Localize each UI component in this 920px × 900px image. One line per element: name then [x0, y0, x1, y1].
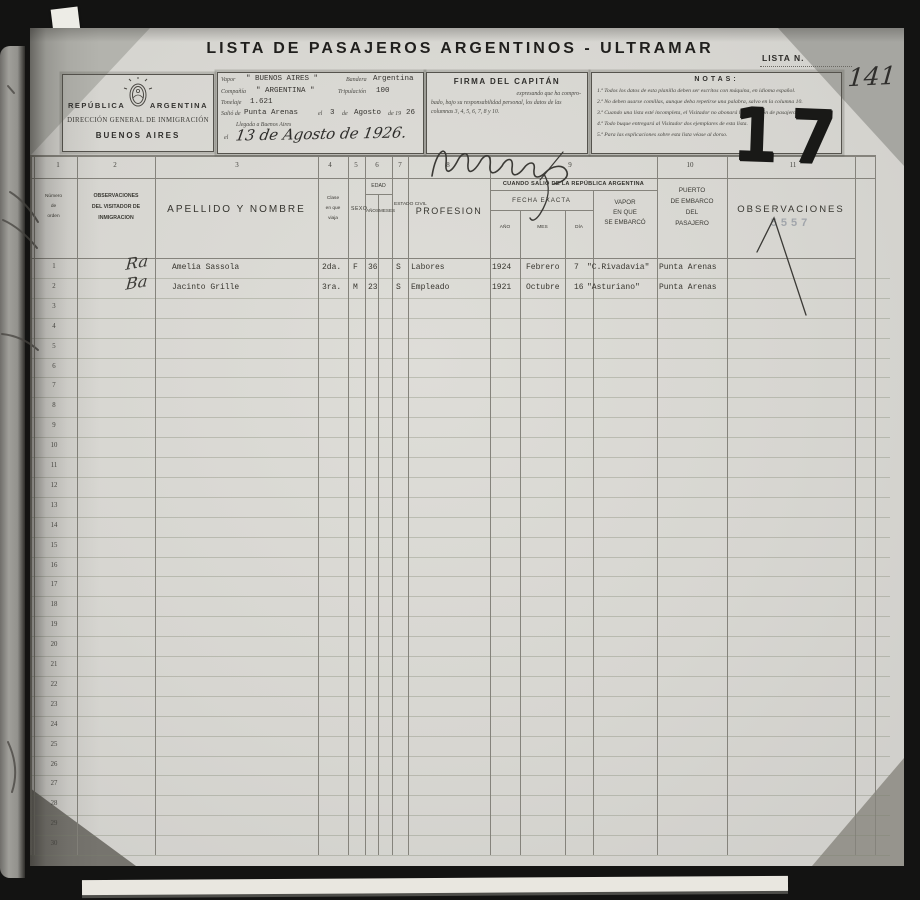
row-rule-line — [30, 497, 890, 498]
cell-edad-anos: 23 — [368, 283, 378, 292]
row-rule-line — [30, 417, 890, 418]
row-rule-line — [30, 437, 890, 438]
inspection-stamp: 5557 — [746, 217, 836, 229]
col9-header: CUANDO SALIÓ DE LA REPÚBLICA ARGENTINA — [490, 181, 657, 187]
org-argentina: ARGENTINA — [150, 101, 208, 110]
vapor-value: " BUENOS AIRES " — [246, 75, 318, 83]
row-rule-line — [30, 835, 890, 836]
cell-clase: 2da. — [322, 263, 341, 272]
col10-header: DE EMBARCO — [657, 198, 727, 205]
row-rule-line — [30, 457, 890, 458]
row-rule-line — [30, 676, 890, 677]
row-number: 19 — [36, 621, 72, 628]
bandera-label: Bandera — [346, 77, 367, 83]
salio-de-label: de — [342, 111, 348, 117]
row-rule-line — [30, 377, 890, 378]
ship-info-box: Vapor " BUENOS AIRES " Bandera Argentina… — [217, 72, 424, 154]
column-number: 1 — [44, 161, 72, 169]
row-rule-line — [30, 596, 890, 597]
note-item: 4.ª Todo buque entregará al Visitador do… — [597, 121, 748, 127]
row-number: 8 — [36, 402, 72, 409]
row-number: 27 — [36, 780, 72, 787]
tripulacion-label: Tripulación — [338, 89, 366, 95]
row-number: 1 — [36, 263, 72, 270]
cell-clase: 3ra. — [322, 283, 341, 292]
col1-header: orden — [30, 214, 77, 219]
tripulacion-value: 100 — [376, 87, 390, 95]
tonelaje-value: 1.621 — [250, 98, 273, 106]
captain-line1: expresando que ha compro- — [517, 91, 581, 97]
grid-line-vertical — [34, 155, 35, 855]
col10-header: DEL — [657, 209, 727, 216]
row-number: 20 — [36, 641, 72, 648]
col4-header: en que — [318, 206, 348, 211]
row-number: 26 — [36, 761, 72, 768]
row-number: 14 — [36, 522, 72, 529]
row-number: 29 — [36, 820, 72, 827]
cell-apellido-nombre: Amelia Sassola — [172, 263, 239, 272]
salio-port: Punta Arenas — [244, 109, 298, 117]
visitador-mark-handwritten: Ba — [125, 271, 148, 293]
col8-header: PROFESION — [408, 206, 490, 216]
grid-line-horizontal — [490, 190, 657, 191]
grid-line-vertical — [155, 155, 156, 855]
row-number: 12 — [36, 482, 72, 489]
cell-salida-dia: 7 — [574, 263, 579, 272]
row-number: 4 — [36, 323, 72, 330]
row-rule-line — [30, 636, 890, 637]
col9-ano-header: AÑO — [490, 225, 520, 230]
compania-value: " ARGENTINA " — [256, 87, 315, 95]
marker-17-handwritten: 17 — [729, 91, 852, 181]
grid-line-vertical — [657, 155, 658, 855]
cell-estado-civil: S — [396, 263, 401, 272]
cell-salida-mes: Octubre — [526, 283, 560, 292]
row-rule-line — [30, 795, 890, 796]
salio-month: Agosto — [354, 109, 381, 117]
col9-vapor-header: VAPOR — [593, 199, 657, 206]
row-number: 24 — [36, 721, 72, 728]
row-number: 17 — [36, 581, 72, 588]
grid-line-horizontal — [490, 210, 593, 211]
col6-anos-header: AÑOS — [366, 208, 377, 250]
grid-line-vertical — [30, 155, 32, 855]
notes-title: NOTAS: — [592, 76, 841, 83]
cell-sexo: F — [353, 263, 358, 272]
row-number: 2 — [36, 283, 72, 290]
row-number: 23 — [36, 701, 72, 708]
llegada-date-handwritten: 13 de Agosto de 1926. — [234, 124, 408, 145]
grid-line-vertical — [365, 155, 366, 855]
col6-meses-header: MESES — [379, 208, 391, 250]
col6-header: EDAD — [365, 183, 392, 189]
cell-estado-civil: S — [396, 283, 401, 292]
note-item: 5.ª Para las explicaciones sobre esta li… — [597, 132, 727, 138]
row-number: 11 — [36, 462, 72, 469]
cell-puerto-embarco: Punta Arenas — [659, 263, 717, 272]
column-number: 9 — [556, 161, 584, 169]
row-number: 9 — [36, 422, 72, 429]
underlying-page-edge — [82, 876, 788, 895]
row-number: 5 — [36, 343, 72, 350]
col10-header: PASAJERO — [657, 220, 727, 227]
grid-line-vertical — [565, 210, 566, 855]
row-rule-line — [30, 278, 890, 279]
org-direccion: DIRECCIÓN GENERAL DE INMIGRACIÓN — [63, 117, 213, 124]
col5-header: SEXO — [351, 206, 363, 250]
row-number: 10 — [36, 442, 72, 449]
row-rule-line — [30, 716, 890, 717]
grid-line-vertical — [855, 155, 856, 855]
lista-n-label: LISTA N. — [762, 53, 804, 63]
cell-salida-mes: Febrero — [526, 263, 560, 272]
org-republica: REPÚBLICA — [68, 101, 125, 110]
row-rule-line — [30, 318, 890, 319]
cell-salida-ano: 1924 — [492, 263, 511, 272]
grid-line-vertical — [520, 210, 521, 855]
bandera-value: Argentina — [373, 75, 414, 83]
row-rule-line — [30, 696, 890, 697]
salio-year: 26 — [406, 109, 415, 117]
col9-vapor-header: SE EMBARCÓ — [593, 219, 657, 226]
column-number: 8 — [434, 161, 462, 169]
grid-line-vertical — [318, 155, 319, 855]
salio-label: Salió de — [221, 111, 241, 117]
row-number: 22 — [36, 681, 72, 688]
captain-line3: columnas 3, 4, 5, 6, 7, 8 y 10. — [431, 109, 499, 115]
cell-apellido-nombre: Jacinto Grille — [172, 283, 239, 292]
column-number: 3 — [223, 161, 251, 169]
grid-line-vertical — [392, 155, 393, 855]
page-title: LISTA DE PASAJEROS ARGENTINOS - ULTRAMAR — [150, 40, 770, 58]
col4-header: viaja — [318, 216, 348, 221]
captain-box: FIRMA DEL CAPITÁN expresando que ha comp… — [426, 72, 588, 154]
col2-header: OBSERVACIONES — [77, 193, 155, 199]
salio-el-label: el — [318, 111, 322, 117]
tonelaje-label: Tonelaje — [221, 100, 241, 106]
row-rule-line — [30, 775, 890, 776]
llegada-el-label: el — [224, 135, 228, 141]
grid-line-vertical — [875, 155, 876, 855]
org-ciudad: BUENOS AIRES — [63, 131, 213, 140]
row-rule-line — [30, 656, 890, 657]
grid-line-vertical — [408, 155, 409, 855]
col9-vapor-header: EN QUE — [593, 209, 657, 216]
grid-line-vertical — [348, 155, 349, 855]
col1-header: de — [30, 204, 77, 209]
cell-vapor: "Asturiano" — [587, 283, 640, 292]
row-rule-line — [30, 616, 890, 617]
col10-header: PUERTO — [657, 187, 727, 194]
row-rule-line — [30, 756, 890, 757]
col1-header: Número — [30, 194, 77, 199]
row-rule-line — [30, 736, 890, 737]
grid-line-horizontal — [365, 194, 392, 195]
grid-line-vertical — [77, 155, 78, 855]
cell-salida-dia: 16 — [574, 283, 584, 292]
row-rule-line — [30, 298, 890, 299]
row-rule-line — [30, 537, 890, 538]
compania-label: Compañía — [221, 89, 246, 95]
row-number: 30 — [36, 840, 72, 847]
row-number: 16 — [36, 562, 72, 569]
grid-line-vertical — [727, 155, 728, 855]
passenger-list-page: LISTA DE PASAJEROS ARGENTINOS - ULTRAMAR… — [30, 28, 904, 866]
row-number: 3 — [36, 303, 72, 310]
column-number: 7 — [386, 161, 414, 169]
visitador-mark-handwritten: Ra — [125, 251, 149, 274]
vapor-label: Vapor — [221, 77, 235, 83]
row-number: 21 — [36, 661, 72, 668]
cell-profesion: Empleado — [411, 283, 449, 292]
col2-header: INMIGRACION — [77, 215, 155, 221]
col11-header: OBSERVACIONES — [727, 204, 855, 215]
salio-de19-label: de 19 — [388, 111, 401, 117]
row-rule-line — [30, 397, 890, 398]
col3-header: APELLIDO Y NOMBRE — [155, 204, 318, 215]
captain-line2: bado, bajo su responsabilidad personal, … — [431, 100, 562, 106]
col7-header: ESTADO CIVIL — [394, 202, 407, 254]
col9-fecha-header: FECHA EXACTA — [490, 197, 593, 204]
row-number: 6 — [36, 363, 72, 370]
cell-sexo: M — [353, 283, 358, 292]
column-number: 4 — [316, 161, 344, 169]
cell-profesion: Labores — [411, 263, 445, 272]
cell-vapor: "C.Rivadavia" — [587, 263, 649, 272]
cell-salida-ano: 1921 — [492, 283, 511, 292]
cell-edad-anos: 36 — [368, 263, 378, 272]
row-number: 18 — [36, 601, 72, 608]
col9-dia-header: DÍA — [565, 225, 593, 230]
row-rule-line — [30, 557, 890, 558]
column-number: 10 — [676, 161, 704, 169]
row-rule-line — [30, 576, 890, 577]
coat-of-arms-icon — [123, 77, 153, 113]
row-number: 13 — [36, 502, 72, 509]
salio-day: 3 — [330, 109, 335, 117]
org-box: REPÚBLICA ARGENTINA DIRECCIÓN GENERAL DE… — [62, 74, 214, 152]
row-number: 28 — [36, 800, 72, 807]
grid-line-vertical — [490, 155, 491, 855]
row-number: 7 — [36, 382, 72, 389]
row-rule-line — [30, 358, 890, 359]
grid-line-horizontal — [30, 258, 855, 259]
row-rule-line — [30, 338, 890, 339]
col2-header: DEL VISITADOR DE — [77, 204, 155, 210]
cell-puerto-embarco: Punta Arenas — [659, 283, 717, 292]
corner-shadow-bottom-right — [812, 758, 904, 866]
column-number: 2 — [101, 161, 129, 169]
row-number: 25 — [36, 741, 72, 748]
col9-mes-header: MES — [520, 225, 565, 230]
col4-header: Clase — [318, 196, 348, 201]
pen-checkmark-col11 — [757, 218, 806, 315]
row-rule-line — [30, 477, 890, 478]
lista-n-dotted-line — [760, 66, 852, 67]
scanned-register-photo: LISTA DE PASAJEROS ARGENTINOS - ULTRAMAR… — [0, 0, 920, 900]
captain-title: FIRMA DEL CAPITÁN — [427, 77, 587, 86]
row-rule-line — [30, 855, 890, 856]
lista-n-value-handwritten: 141 — [847, 61, 898, 92]
row-rule-line — [30, 517, 890, 518]
row-number: 15 — [36, 542, 72, 549]
row-rule-line — [30, 815, 890, 816]
